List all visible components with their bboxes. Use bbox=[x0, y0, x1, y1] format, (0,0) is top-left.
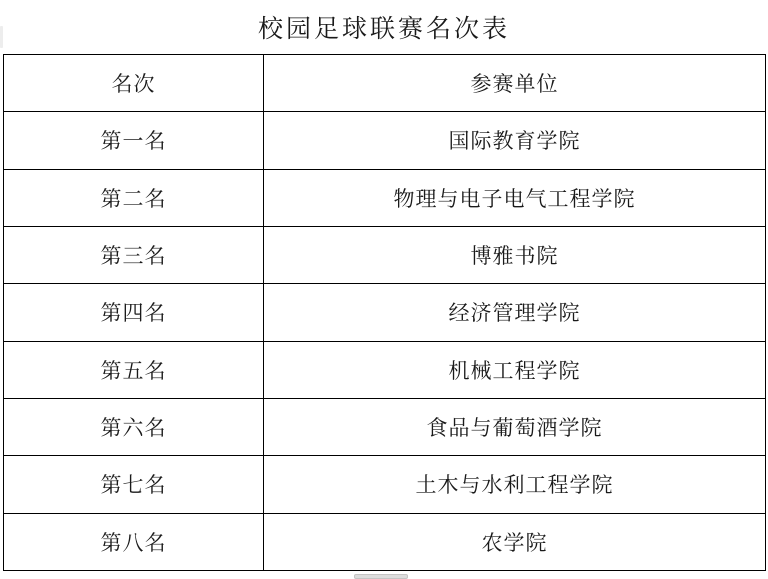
rank-cell: 第二名 bbox=[4, 169, 264, 226]
unit-cell: 经济管理学院 bbox=[264, 284, 766, 341]
unit-cell: 土木与水利工程学院 bbox=[264, 456, 766, 513]
unit-cell: 物理与电子电气工程学院 bbox=[264, 169, 766, 226]
left-edge-artifact bbox=[0, 26, 3, 48]
page-title: 校园足球联赛名次表 bbox=[0, 0, 768, 54]
unit-cell: 食品与葡萄酒学院 bbox=[264, 398, 766, 455]
unit-cell: 博雅书院 bbox=[264, 226, 766, 283]
table-row: 第五名 机械工程学院 bbox=[4, 341, 766, 398]
rank-cell: 第八名 bbox=[4, 513, 264, 570]
table-row: 第二名 物理与电子电气工程学院 bbox=[4, 169, 766, 226]
table-row: 第三名 博雅书院 bbox=[4, 226, 766, 283]
unit-cell: 机械工程学院 bbox=[264, 341, 766, 398]
table-row: 第六名 食品与葡萄酒学院 bbox=[4, 398, 766, 455]
table-header-row: 名次 参赛单位 bbox=[4, 55, 766, 112]
column-header-rank: 名次 bbox=[4, 55, 264, 112]
table-row: 第七名 土木与水利工程学院 bbox=[4, 456, 766, 513]
rank-cell: 第一名 bbox=[4, 112, 264, 169]
unit-cell: 国际教育学院 bbox=[264, 112, 766, 169]
table-row: 第一名 国际教育学院 bbox=[4, 112, 766, 169]
column-header-unit: 参赛单位 bbox=[264, 55, 766, 112]
rank-cell: 第四名 bbox=[4, 284, 264, 341]
rank-cell: 第三名 bbox=[4, 226, 264, 283]
table-row: 第八名 农学院 bbox=[4, 513, 766, 570]
rank-cell: 第五名 bbox=[4, 341, 264, 398]
bottom-edge-artifact bbox=[354, 574, 408, 579]
rank-cell: 第六名 bbox=[4, 398, 264, 455]
rank-cell: 第七名 bbox=[4, 456, 264, 513]
ranking-table: 名次 参赛单位 第一名 国际教育学院 第二名 物理与电子电气工程学院 第三名 博… bbox=[3, 54, 766, 571]
table-row: 第四名 经济管理学院 bbox=[4, 284, 766, 341]
unit-cell: 农学院 bbox=[264, 513, 766, 570]
